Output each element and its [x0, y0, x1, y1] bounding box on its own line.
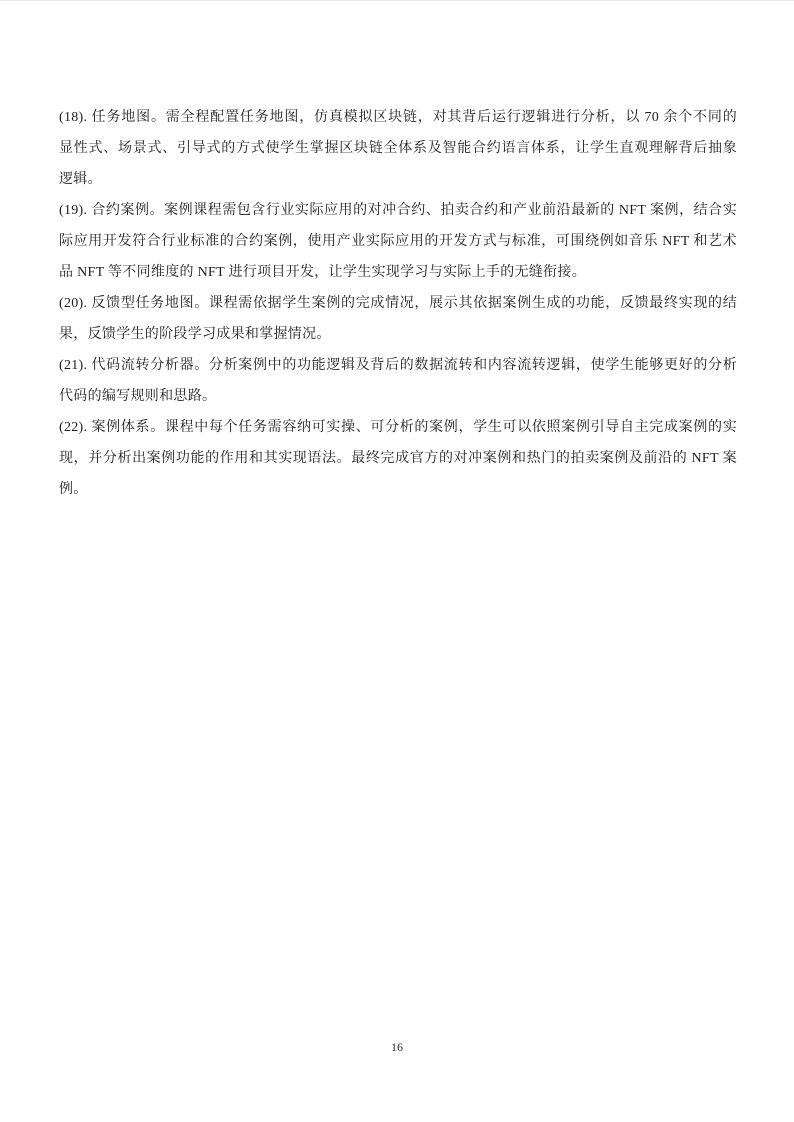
- doc-line: (21). 代码流转分析器。分析案例中的功能逻辑及背后的数据流转和内容流转逻辑，…: [59, 350, 737, 381]
- paragraph-18: (18). 任务地图。需全程配置任务地图，仿真模拟区块链，对其背后运行逻辑进行分…: [59, 102, 737, 195]
- doc-line: 现，并分析出案例功能的作用和其实现语法。最终完成官方的对冲案例和热门的拍卖案例及…: [59, 443, 737, 474]
- doc-line: 代码的编写规则和思路。: [59, 381, 737, 412]
- doc-line: 逻辑。: [59, 164, 737, 195]
- doc-line: 显性式、场景式、引导式的方式使学生掌握区块链全体系及智能合约语言体系，让学生直观…: [59, 133, 737, 164]
- paragraph-20: (20). 反馈型任务地图。课程需依据学生案例的完成情况，展示其依据案例生成的功…: [59, 288, 737, 350]
- page-number: 16: [0, 1037, 794, 1057]
- doc-line: 品 NFT 等不同维度的 NFT 进行项目开发，让学生实现学习与实际上手的无缝衔…: [59, 257, 737, 288]
- document-body: (18). 任务地图。需全程配置任务地图，仿真模拟区块链，对其背后运行逻辑进行分…: [59, 102, 737, 505]
- doc-line: (22). 案例体系。课程中每个任务需容纳可实操、可分析的案例，学生可以依照案例…: [59, 412, 737, 443]
- doc-line: (18). 任务地图。需全程配置任务地图，仿真模拟区块链，对其背后运行逻辑进行分…: [59, 102, 737, 133]
- doc-line: (20). 反馈型任务地图。课程需依据学生案例的完成情况，展示其依据案例生成的功…: [59, 288, 737, 319]
- doc-line: (19). 合约案例。案例课程需包含行业实际应用的对冲合约、拍卖合约和产业前沿最…: [59, 195, 737, 226]
- doc-line: 际应用开发符合行业标准的合约案例，使用产业实际应用的开发方式与标准，可围绕例如音…: [59, 226, 737, 257]
- doc-line: 例。: [59, 474, 737, 505]
- doc-line: 果，反馈学生的阶段学习成果和掌握情况。: [59, 319, 737, 350]
- paragraph-22: (22). 案例体系。课程中每个任务需容纳可实操、可分析的案例，学生可以依照案例…: [59, 412, 737, 505]
- paragraph-21: (21). 代码流转分析器。分析案例中的功能逻辑及背后的数据流转和内容流转逻辑，…: [59, 350, 737, 412]
- document-page: (18). 任务地图。需全程配置任务地图，仿真模拟区块链，对其背后运行逻辑进行分…: [0, 0, 794, 1122]
- paragraph-19: (19). 合约案例。案例课程需包含行业实际应用的对冲合约、拍卖合约和产业前沿最…: [59, 195, 737, 288]
